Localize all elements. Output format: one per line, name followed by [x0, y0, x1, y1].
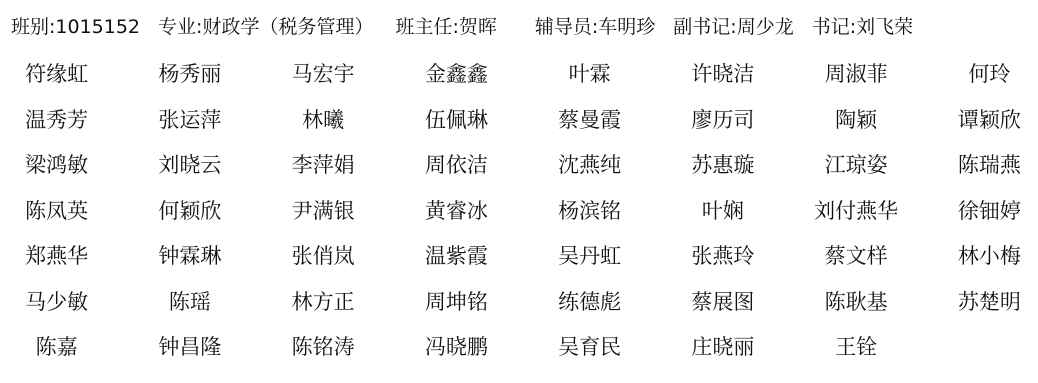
student-name: 金鑫鑫: [390, 52, 523, 98]
student-name: 蔡展图: [656, 280, 789, 326]
empty-cell: [923, 325, 1038, 371]
student-name: 何颖欣: [123, 189, 256, 235]
student-name: 蔡文样: [790, 234, 923, 280]
student-name: 蔡曼霞: [523, 98, 656, 144]
class-value: 1015152: [55, 16, 140, 38]
student-name: 庄晓丽: [656, 325, 789, 371]
student-name: 徐钿婷: [923, 189, 1038, 235]
secretary-label: 书记:: [812, 16, 856, 38]
student-name: 陈瑞燕: [923, 143, 1038, 189]
student-name: 温紫霞: [390, 234, 523, 280]
student-name: 梁鸿敏: [0, 143, 123, 189]
student-name: 林小梅: [923, 234, 1038, 280]
student-name: 尹满银: [257, 189, 390, 235]
student-name: 马少敏: [0, 280, 123, 326]
head-teacher-label: 班主任:: [395, 16, 458, 38]
student-name: 廖历司: [656, 98, 789, 144]
student-name: 何玲: [923, 52, 1038, 98]
student-name: 李萍娟: [257, 143, 390, 189]
student-name: 吴育民: [523, 325, 656, 371]
deputy-secretary-info: 副书记:周少龙: [673, 13, 793, 41]
major-value: 财政学（税务管理）: [202, 16, 373, 38]
student-name: 冯晓鹏: [390, 325, 523, 371]
student-name: 周依洁: [390, 143, 523, 189]
student-name: 许晓洁: [656, 52, 789, 98]
student-name: 黄睿冰: [390, 189, 523, 235]
student-name: 杨秀丽: [123, 52, 256, 98]
student-name: 苏楚明: [923, 280, 1038, 326]
student-name: 叶霖: [523, 52, 656, 98]
student-name: 叶娴: [656, 189, 789, 235]
student-name: 符缘虹: [0, 52, 123, 98]
student-name: 钟昌隆: [123, 325, 256, 371]
student-name: 周淑菲: [790, 52, 923, 98]
head-teacher-info: 班主任:贺晖: [395, 13, 496, 41]
student-name: 沈燕纯: [523, 143, 656, 189]
student-name: 杨滨铭: [523, 189, 656, 235]
student-name: 林曦: [257, 98, 390, 144]
student-name: 陶颖: [790, 98, 923, 144]
student-name: 陈凤英: [0, 189, 123, 235]
secretary-info: 书记:刘飞荣: [812, 13, 913, 41]
student-name: 周坤铭: [390, 280, 523, 326]
student-name: 温秀芳: [0, 98, 123, 144]
deputy-secretary-label: 副书记:: [673, 16, 736, 38]
student-name: 张俏岚: [257, 234, 390, 280]
student-name: 林方正: [257, 280, 390, 326]
major-label: 专业:: [158, 16, 202, 38]
student-name: 马宏宇: [257, 52, 390, 98]
class-info: 班别:1015152: [11, 13, 140, 41]
student-name: 谭颖欣: [923, 98, 1038, 144]
student-name: 苏惠璇: [656, 143, 789, 189]
student-name: 陈瑶: [123, 280, 256, 326]
deputy-secretary-value: 周少龙: [737, 16, 794, 38]
student-name: 吴丹虹: [523, 234, 656, 280]
student-roster: 符缘虹 杨秀丽 马宏宇 金鑫鑫 叶霖 许晓洁 周淑菲 何玲 温秀芳 张运萍 林曦…: [0, 52, 1038, 371]
student-name: 江琼姿: [790, 143, 923, 189]
student-name: 刘付燕华: [790, 189, 923, 235]
student-name: 刘晓云: [123, 143, 256, 189]
student-name: 陈铭涛: [257, 325, 390, 371]
student-name: 郑燕华: [0, 234, 123, 280]
student-name: 伍佩琳: [390, 98, 523, 144]
class-label: 班别:: [11, 16, 55, 38]
head-teacher-value: 贺晖: [459, 16, 497, 38]
student-name: 张燕玲: [656, 234, 789, 280]
student-name: 陈嘉: [0, 325, 123, 371]
major-info: 专业:财政学（税务管理）: [158, 13, 373, 41]
student-name: 钟霖琳: [123, 234, 256, 280]
student-name: 陈耿基: [790, 280, 923, 326]
student-name: 练德彪: [523, 280, 656, 326]
counselor-label: 辅导员:: [535, 16, 598, 38]
class-info-header: 班别:1015152 专业:财政学（税务管理） 班主任:贺晖 辅导员:车明珍 副…: [11, 13, 913, 41]
counselor-info: 辅导员:车明珍: [535, 13, 655, 41]
secretary-value: 刘飞荣: [856, 16, 913, 38]
student-name: 张运萍: [123, 98, 256, 144]
counselor-value: 车明珍: [598, 16, 655, 38]
student-name: 王铨: [790, 325, 923, 371]
